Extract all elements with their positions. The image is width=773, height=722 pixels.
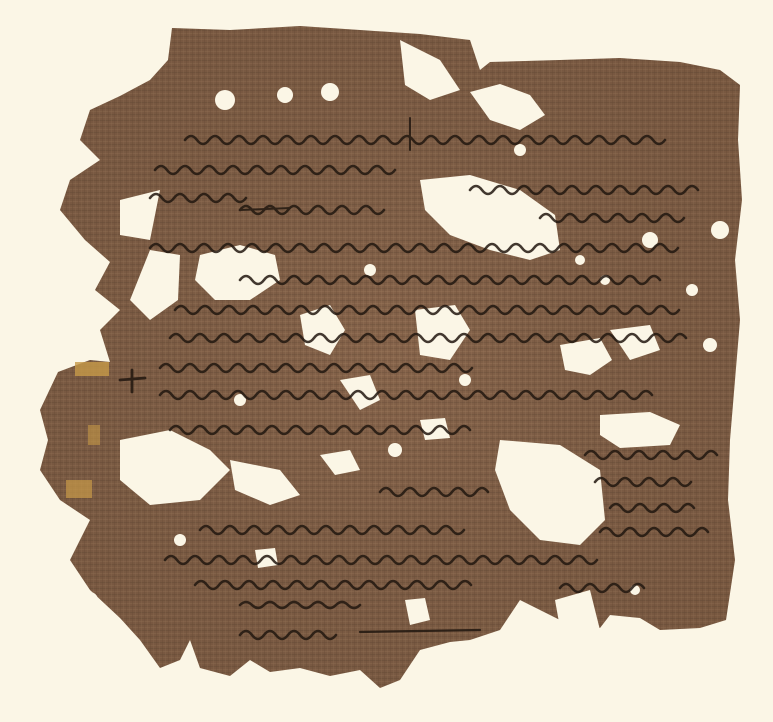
tape-strip	[75, 362, 109, 376]
tape-strip	[88, 425, 100, 445]
tape-strip	[66, 480, 92, 498]
